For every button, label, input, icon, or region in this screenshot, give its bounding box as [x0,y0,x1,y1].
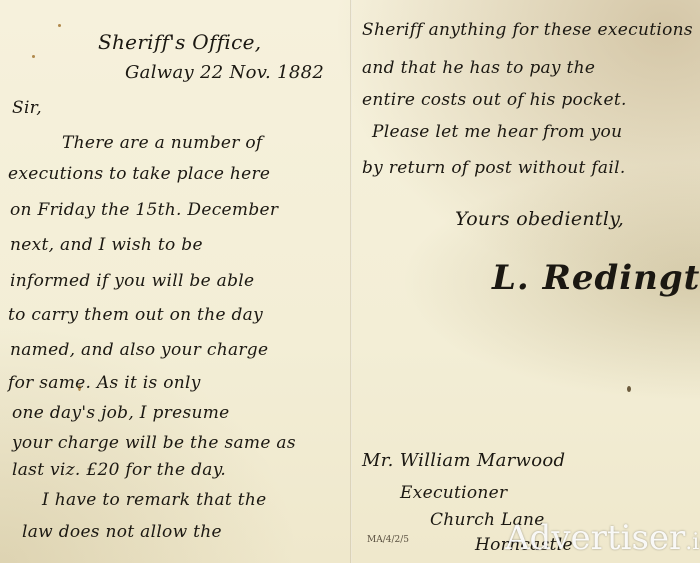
paper-stain [58,24,61,27]
advertiser-watermark: Advertiser.ie [505,518,700,558]
body-line: executions to take place here [8,164,270,184]
body-line: next, and I wish to be [10,235,203,255]
salutation: Sir, [12,98,42,118]
body-line: Sheriff anything for these executions [362,20,693,40]
body-line: on Friday the 15th. December [10,200,278,220]
body-line: I have to remark that the [42,490,267,510]
letter-photo: Sheriff's Office, Galway 22 Nov. 1882 Si… [0,0,700,563]
catalog-number: MA/4/2/5 [367,535,409,545]
body-line: to carry them out on the day [8,305,263,325]
body-line: by return of post without fail. [362,158,626,178]
body-line: law does not allow the [22,522,222,542]
body-line: last viz. £20 for the day. [12,460,226,480]
body-line: There are a number of [62,133,263,153]
header-office: Sheriff's Office, [98,30,261,54]
body-line: Please let me hear from you [372,122,622,142]
body-line: informed if you will be able [10,271,254,291]
paper-stain [627,386,631,392]
header-date: Galway 22 Nov. 1882 [125,62,324,83]
watermark-text: Advertiser [505,518,685,558]
body-line: entire costs out of his pocket. [362,90,627,110]
body-line: and that he has to pay the [362,58,595,78]
address-line: Mr. William Marwood [362,450,565,471]
body-line: named, and also your charge [10,340,268,360]
watermark-suffix: .ie [685,530,700,555]
signature: L. Redington [492,258,700,298]
address-line: Executioner [400,483,507,503]
body-line: for same. As it is only [8,373,201,393]
paper-stain [32,55,35,58]
page-fold [350,0,352,563]
closing: Yours obediently, [455,208,624,230]
body-line: your charge will be the same as [12,433,296,453]
body-line: one day's job, I presume [12,403,230,423]
